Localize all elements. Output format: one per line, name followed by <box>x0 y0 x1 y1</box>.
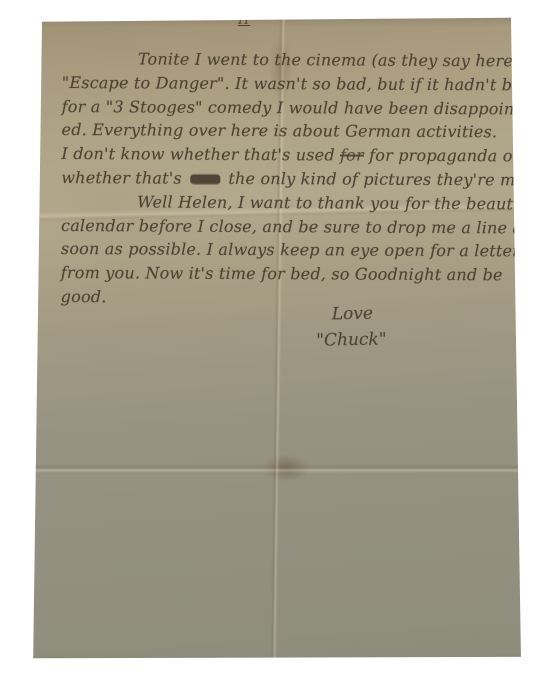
letter-text: ed. Everything over here is about German… <box>62 120 498 141</box>
letter-line: ed. Everything over here is about German… <box>62 118 522 144</box>
letter-body: Tonite I went to the cinema (as they say… <box>61 47 522 311</box>
letter-text: for propaganda or <box>364 146 521 166</box>
letter-text: calendar before I close, and be sure to … <box>61 216 531 237</box>
letter-paper: II Tonite I went to the cinema (as they … <box>0 0 553 680</box>
page-number: II <box>238 13 250 28</box>
letter-line: soon as possible. I always keep an eye o… <box>61 237 521 263</box>
crossed-out-word: for <box>340 146 364 165</box>
letter-text: the only kind of pictures they're making… <box>223 169 553 190</box>
letter-text: soon as possible. I always keep an eye o… <box>61 239 520 260</box>
signature-closing: Love <box>316 300 387 327</box>
letter-line: from you. Now it's time for bed, so Good… <box>61 261 521 287</box>
letter-line: for a "3 Stooges" comedy I would have be… <box>62 95 522 121</box>
letter-line: I don't know whether that's used for for… <box>61 142 521 168</box>
letter-line: good. <box>61 285 521 311</box>
letter-line: "Escape to Danger". It wasn't so bad, bu… <box>62 71 522 97</box>
letter-text: I don't know whether that's used <box>61 144 340 164</box>
letter-photo: II Tonite I went to the cinema (as they … <box>0 0 553 680</box>
scribbled-out-word <box>190 175 220 184</box>
letter-line: whether that's the only kind of pictures… <box>61 166 521 192</box>
letter-text: "Escape to Danger". It wasn't so bad, bu… <box>62 73 542 95</box>
letter-text: for a "3 Stooges" comedy I would have be… <box>62 97 521 118</box>
horizontal-fold-crease <box>0 464 553 473</box>
letter-line: Tonite I went to the cinema (as they say… <box>62 47 522 73</box>
letter-line: Well Helen, I want to thank you for the … <box>61 190 521 216</box>
letter-text: Well Helen, I want to thank you for the … <box>137 192 540 213</box>
letter-text: good. <box>61 287 107 306</box>
letter-text: Tonite I went to the cinema (as they say… <box>138 49 553 70</box>
letter-text: from you. Now it's time for bed, so Good… <box>61 263 503 284</box>
signature-block: Love "Chuck" <box>316 300 387 353</box>
signature-name: "Chuck" <box>316 326 387 353</box>
letter-line: calendar before I close, and be sure to … <box>61 214 521 240</box>
letter-text: whether that's <box>61 168 187 188</box>
